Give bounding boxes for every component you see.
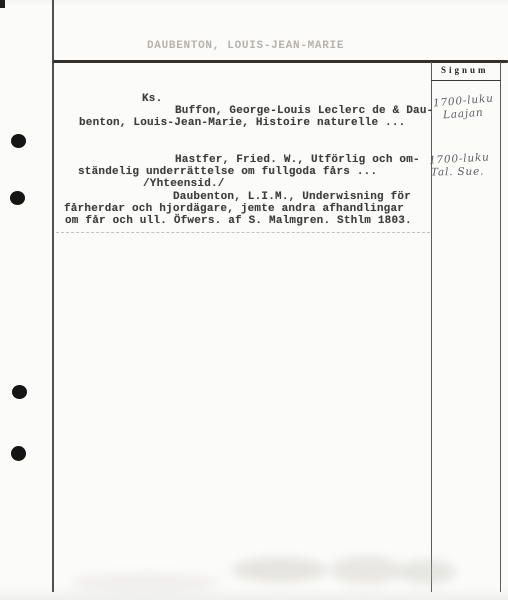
scan-edge-artifact [0, 0, 5, 8]
punch-hole [11, 134, 26, 148]
card-heading: DAUBENTON, LOUIS-JEAN-MARIE [147, 40, 344, 52]
signum-annotation-line: Laajan [443, 107, 484, 122]
signum-column-right-border [500, 62, 501, 592]
signum-annotation-line: 1700-luku [429, 151, 490, 166]
bleedthrough-smudge [232, 558, 327, 582]
signum-header-underline [431, 80, 501, 81]
punch-hole [12, 385, 27, 399]
signum-column-left-border [431, 62, 432, 592]
bleedthrough-smudge [330, 556, 402, 584]
catalog-line: Ks. [142, 93, 162, 106]
catalog-line: /Yhteensid./ [143, 178, 225, 191]
card-left-margin-line [52, 0, 54, 592]
punch-hole [10, 191, 25, 205]
punch-hole [11, 446, 26, 461]
bleedthrough-smudge [398, 560, 456, 584]
signum-annotation-line: Tal. Sue. [431, 166, 484, 179]
library-catalog-card-scan: DAUBENTON, LOUIS-JEAN-MARIE Signum 1700-… [0, 0, 508, 600]
card-top-border-line [53, 60, 508, 63]
faint-dotted-rule [56, 232, 430, 233]
catalog-line: om får och ull. Öfwers. af S. Malmgren. … [65, 215, 412, 228]
catalog-line: benton, Louis-Jean-Marie, Histoire natur… [79, 117, 405, 130]
bleedthrough-smudge [70, 574, 220, 592]
signum-label: Signum [441, 65, 501, 75]
catalog-line: ständelig underrättelse om fullgoda fårs… [78, 166, 377, 179]
